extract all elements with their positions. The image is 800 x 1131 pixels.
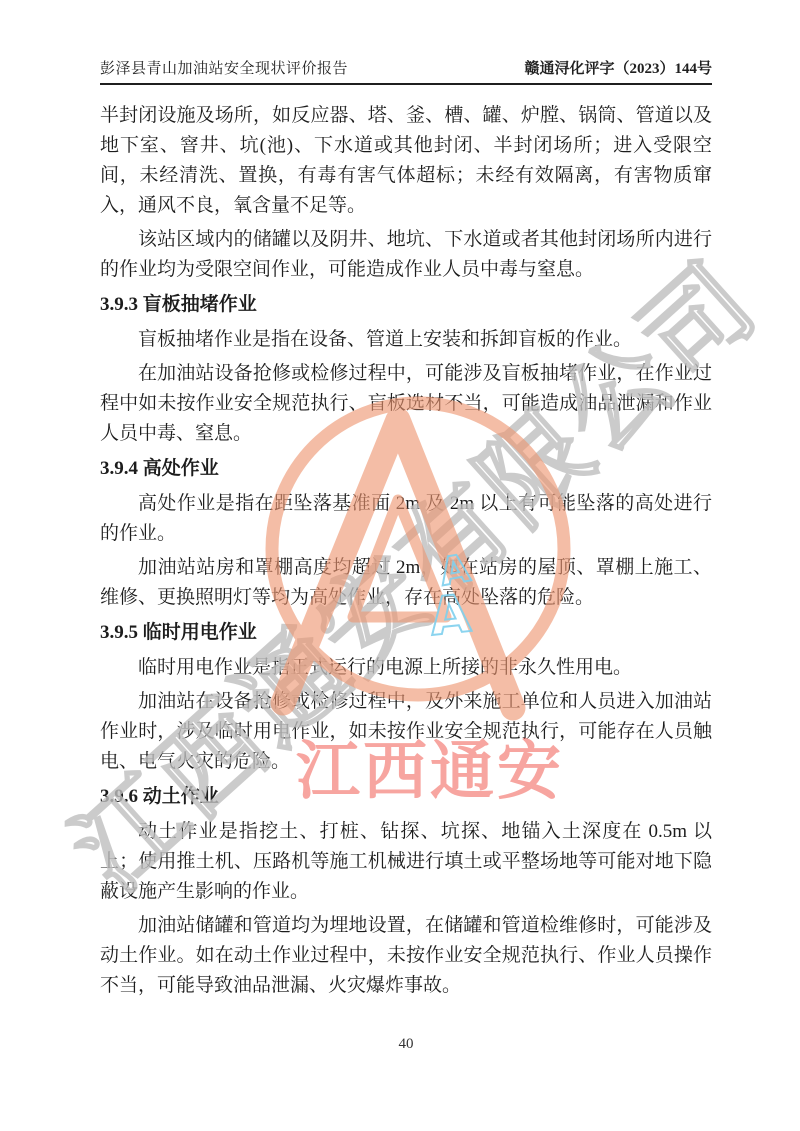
section-heading-3-9-6: 3.9.6 动土作业 xyxy=(100,782,712,812)
paragraph: 半封闭设施及场所，如反应器、塔、釜、槽、罐、炉膛、锅筒、管道以及地下室、窨井、坑… xyxy=(100,101,712,221)
section-heading-3-9-3: 3.9.3 盲板抽堵作业 xyxy=(100,290,712,320)
paragraph: 临时用电作业是指正式运行的电源上所接的非永久性用电。 xyxy=(100,653,712,683)
paragraph: 加油站在设备抢修或检修过程中，及外来施工单位和人员进入加油站作业时，涉及临时用电… xyxy=(100,687,712,777)
paragraph: 高处作业是指在距坠落基准面 2m 及 2m 以上有可能坠落的高处进行的作业。 xyxy=(100,489,712,549)
paragraph: 加油站储罐和管道均为埋地设置，在储罐和管道检维修时，可能涉及动土作业。如在动土作… xyxy=(100,911,712,1001)
page-number: 40 xyxy=(100,1036,712,1053)
section-heading-3-9-5: 3.9.5 临时用电作业 xyxy=(100,618,712,648)
section-heading-3-9-4: 3.9.4 高处作业 xyxy=(100,454,712,484)
paragraph: 在加油站设备抢修或检修过程中，可能涉及盲板抽堵作业，在作业过程中如未按作业安全规… xyxy=(100,359,712,449)
paragraph: 动土作业是指挖土、打桩、钻探、坑探、地锚入土深度在 0.5m 以上；使用推土机、… xyxy=(100,817,712,907)
paragraph: 该站区域内的储罐以及阴井、地坑、下水道或者其他封闭场所内进行的作业均为受限空间作… xyxy=(100,225,712,285)
paragraph: 加油站站房和罩棚高度均超过 2m，如在站房的屋顶、罩棚上施工、维修、更换照明灯等… xyxy=(100,553,712,613)
page-header: 彭泽县青山加油站安全现状评价报告 赣通浔化评字（2023）144号 xyxy=(100,57,712,85)
document-body: 半封闭设施及场所，如反应器、塔、釜、槽、罐、炉膛、锅筒、管道以及地下室、窨井、坑… xyxy=(100,97,712,1005)
document-page: 彭泽县青山加油站安全现状评价报告 赣通浔化评字（2023）144号 半封闭设施及… xyxy=(0,0,800,1131)
paragraph: 盲板抽堵作业是指在设备、管道上安装和拆卸盲板的作业。 xyxy=(100,325,712,355)
header-document-number: 赣通浔化评字（2023）144号 xyxy=(524,57,712,78)
header-report-title: 彭泽县青山加油站安全现状评价报告 xyxy=(100,57,348,78)
